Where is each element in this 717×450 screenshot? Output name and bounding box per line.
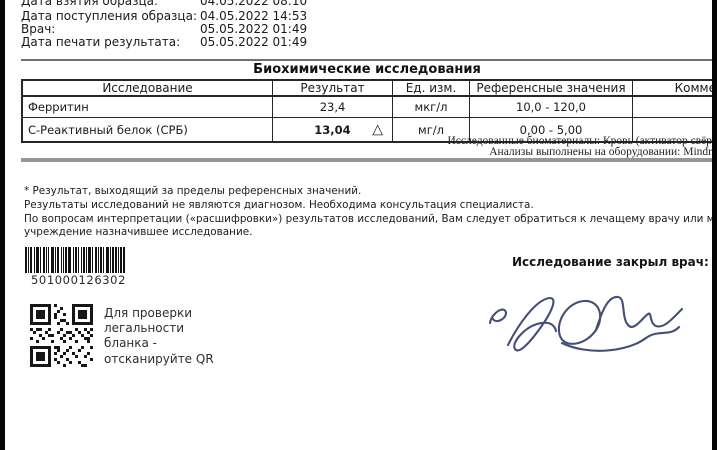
equipment-line: Анализы выполнены на оборудовании: Mindr [447,147,712,158]
barcode-number: 501000126302 [31,273,126,287]
comment-cell [632,97,717,118]
closed-by-doctor: Исследование закрыл врач: Гур [512,255,717,269]
right-edge-bar [712,0,717,450]
column-header-comment: Комментарий [632,81,717,97]
result-cell: 13,04 △ [272,118,392,141]
note-line: учреждение назначившее исследование. [24,226,717,240]
column-header-test: Исследование [23,81,272,97]
column-header-reference: Референсные значения [469,81,632,97]
high-value-triangle-icon: △ [372,121,383,137]
biomaterials-line: Исследованные биоматериалы: Кровь (актив… [447,136,712,147]
date-row-doctor: Врач: 05.05.2022 01:49 [21,22,441,36]
result-cell: 23,4 [272,97,392,118]
unit-cell: мкг/л [392,97,469,118]
date-label: Дата взятия образца: [21,0,158,8]
left-edge-bar [0,0,5,450]
section-divider [21,59,712,61]
footer-notes: * Результат, выходящий за пределы рефере… [24,185,717,240]
qr-instruction: Для проверки легальности бланка - отскан… [104,306,214,367]
thick-divider [21,158,712,162]
qr-instruction-line: Для проверки [104,306,214,321]
test-name-cell: Ферритин [23,97,272,118]
column-header-result: Результат [272,81,392,97]
date-value: 05.05.2022 01:49 [200,35,307,49]
date-value: 05.05.2022 01:49 [200,22,307,36]
qr-instruction-line: легальности [104,321,214,336]
note-line: Результаты исследований не являются диаг… [24,199,717,213]
lab-report-page: Дата взятия образца: 04.05.2022 08:10 Да… [0,0,717,450]
test-name-cell: С-Реактивный белок (СРБ) [23,118,272,141]
result-value: 13,04 [314,123,350,137]
qr-code-icon [30,304,93,371]
column-header-unit: Ед. изм. [392,81,469,97]
results-table: Исследование Результат Ед. изм. Референс… [21,79,717,143]
date-label: Дата поступления образца: [21,9,197,23]
date-row-print-date: Дата печати результата: 05.05.2022 01:49 [21,35,441,49]
note-line: * Результат, выходящий за пределы рефере… [24,185,717,199]
date-value: 04.05.2022 14:53 [200,9,307,23]
date-row-sample-received: Дата поступления образца: 04.05.2022 14:… [21,9,441,23]
date-value: 04.05.2022 08:10 [200,0,307,8]
date-label: Врач: [21,22,55,36]
qr-instruction-line: отсканируйте QR [104,352,214,367]
date-label: Дата печати результата: [21,35,180,49]
reference-cell: 10,0 - 120,0 [469,97,632,118]
qr-instruction-line: бланка - [104,336,214,351]
doctor-signature [477,292,689,368]
date-row-sample-taken: Дата взятия образца: 04.05.2022 08:10 [21,0,441,8]
biomaterials-info: Исследованные биоматериалы: Кровь (актив… [447,136,712,157]
note-line: По вопросам интерпретации («расшифровки»… [24,213,717,227]
table-title: Биохимические исследования [21,62,713,77]
